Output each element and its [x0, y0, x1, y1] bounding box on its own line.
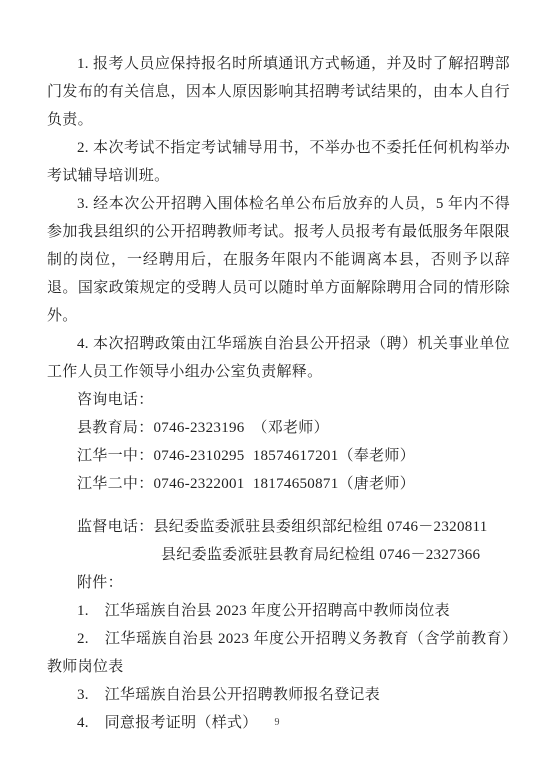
blank-line — [47, 498, 510, 513]
attachment-item-1: 1.江华瑶族自治县 2023 年度公开招聘高中教师岗位表 — [47, 597, 510, 625]
attachments-heading: 附件： — [47, 569, 510, 597]
document-page: 1. 报考人员应保持报名时所填通讯方式畅通，并及时了解招聘部门发布的有关信息，因… — [0, 0, 554, 784]
contact-line-education-bureau: 县教育局：0746-2323196 （邓老师） — [47, 414, 510, 442]
attachment-number: 2. — [77, 631, 89, 647]
contact-phone-heading: 咨询电话： — [47, 386, 510, 414]
attachment-item-2: 2.江华瑶族自治县 2023 年度公开招聘义务教育（含学前教育）教师岗位表 — [47, 625, 510, 681]
paragraph-1: 1. 报考人员应保持报名时所填通讯方式畅通，并及时了解招聘部门发布的有关信息，因… — [47, 50, 510, 134]
page-number: 9 — [0, 717, 554, 728]
supervision-phone-line-2: 县纪委监委派驻县教育局纪检组 0746－2327366 — [47, 541, 510, 569]
contact-line-jianghua-no1-school: 江华一中：0746-2310295 18574617201（奉老师） — [47, 442, 510, 470]
document-body: 1. 报考人员应保持报名时所填通讯方式畅通，并及时了解招聘部门发布的有关信息，因… — [47, 50, 510, 737]
attachment-title: 江华瑶族自治县 2023 年度公开招聘高中教师岗位表 — [105, 603, 450, 619]
paragraph-4: 4. 本次招聘政策由江华瑶族自治县公开招录（聘）机关事业单位工作人员工作领导小组… — [47, 330, 510, 386]
attachment-number: 1. — [77, 603, 89, 619]
attachment-title: 江华瑶族自治县公开招聘教师报名登记表 — [105, 687, 380, 703]
attachment-number: 3. — [77, 687, 89, 703]
paragraph-3: 3. 经本次公开招聘入围体检名单公布后放弃的人员，5 年内不得参加我县组织的公开… — [47, 190, 510, 330]
paragraph-2: 2. 本次考试不指定考试辅导用书，不举办也不委托任何机构举办考试辅导培训班。 — [47, 134, 510, 190]
supervision-phone-line-1: 监督电话：县纪委监委派驻县委组织部纪检组 0746－2320811 — [47, 513, 510, 541]
attachment-title: 江华瑶族自治县 2023 年度公开招聘义务教育（含学前教育）教师岗位表 — [47, 631, 510, 675]
attachment-item-3: 3.江华瑶族自治县公开招聘教师报名登记表 — [47, 681, 510, 709]
contact-line-jianghua-no2-school: 江华二中：0746-2322001 18174650871（唐老师） — [47, 470, 510, 498]
